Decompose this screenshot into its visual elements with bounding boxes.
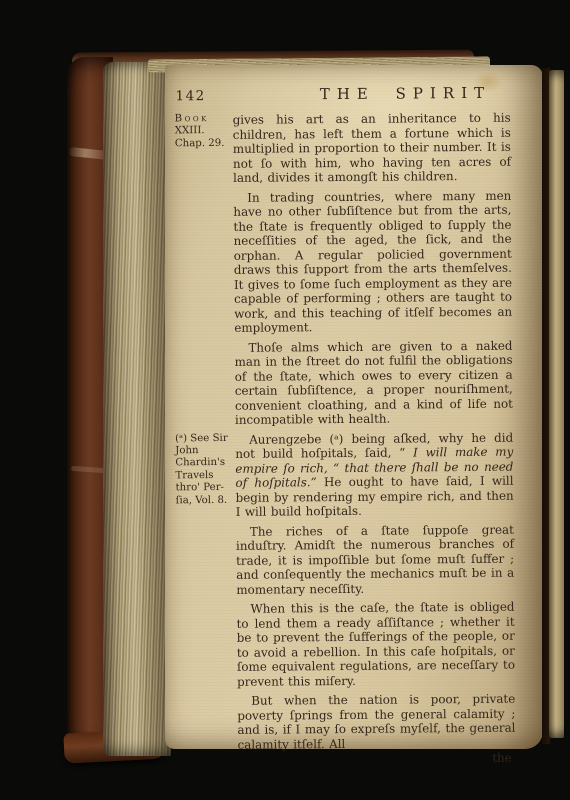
paragraph-text: In trading countries, where many men hav… (233, 188, 512, 335)
running-title: THE SPIRIT (266, 83, 544, 103)
paragraph: But when the nation is poor, private pov… (237, 692, 515, 752)
margin-note-line: XXIII. (175, 125, 229, 138)
paragraph: When this is the caſe, the ſtate is obli… (236, 600, 515, 689)
paragraph: gives his art as an inheritance to his c… (233, 111, 512, 186)
facing-page-edge (549, 70, 564, 738)
paragraph-text: But when the nation is poor, private pov… (237, 692, 515, 752)
book-page: 142 THE SPIRIT Book XXIII. Chap. 29. (ᵃ)… (165, 65, 543, 749)
margin-note-line: John (175, 445, 231, 458)
margin-note-line: thro' Per- (176, 482, 232, 495)
book-scan-photo: 142 THE SPIRIT Book XXIII. Chap. 29. (ᵃ)… (0, 0, 570, 800)
paragraph: Aurengzebe (ᵃ) being aſked, why he did n… (235, 430, 514, 519)
paragraph-text: Thoſe alms which are given to a naked ma… (235, 338, 513, 427)
paragraph: Thoſe alms which are given to a naked ma… (234, 338, 513, 427)
page-content: 142 THE SPIRIT Book XXIII. Chap. 29. (ᵃ)… (170, 84, 515, 751)
margin-note-line: Travels (175, 470, 231, 483)
paragraph-text: When this is the caſe, the ſtate is obli… (237, 600, 515, 689)
margin-note-line: Book (175, 113, 229, 126)
margin-note-chapter: Book XXIII. Chap. 29. (171, 113, 230, 186)
margin-note-line: Chardin's (175, 457, 231, 470)
page-number: 142 (170, 88, 228, 104)
page-header: 142 THE SPIRIT (170, 84, 510, 105)
page-body: Book XXIII. Chap. 29. (ᵃ) See Sir John C… (171, 111, 516, 768)
paragraph: The riches of a ſtate ſuppoſe great indu… (236, 522, 515, 597)
spine-highlight (71, 466, 105, 473)
catchword: the (238, 751, 516, 767)
page-edges-left-stack (103, 62, 171, 756)
paragraph: In trading countries, where many men hav… (233, 188, 512, 335)
paragraph-text: The riches of a ſtate ſuppoſe great indu… (236, 522, 514, 596)
paragraph-text: gives his art as an inheritance to his c… (233, 111, 511, 185)
margin-note-footnote: (ᵃ) See Sir John Chardin's Travels thro'… (173, 432, 232, 519)
margin-note-line: Chap. 29. (175, 138, 229, 151)
margin-note-line: (ᵃ) See Sir (175, 432, 231, 445)
margin-note-line: ſia, Vol. 8. (176, 494, 232, 507)
